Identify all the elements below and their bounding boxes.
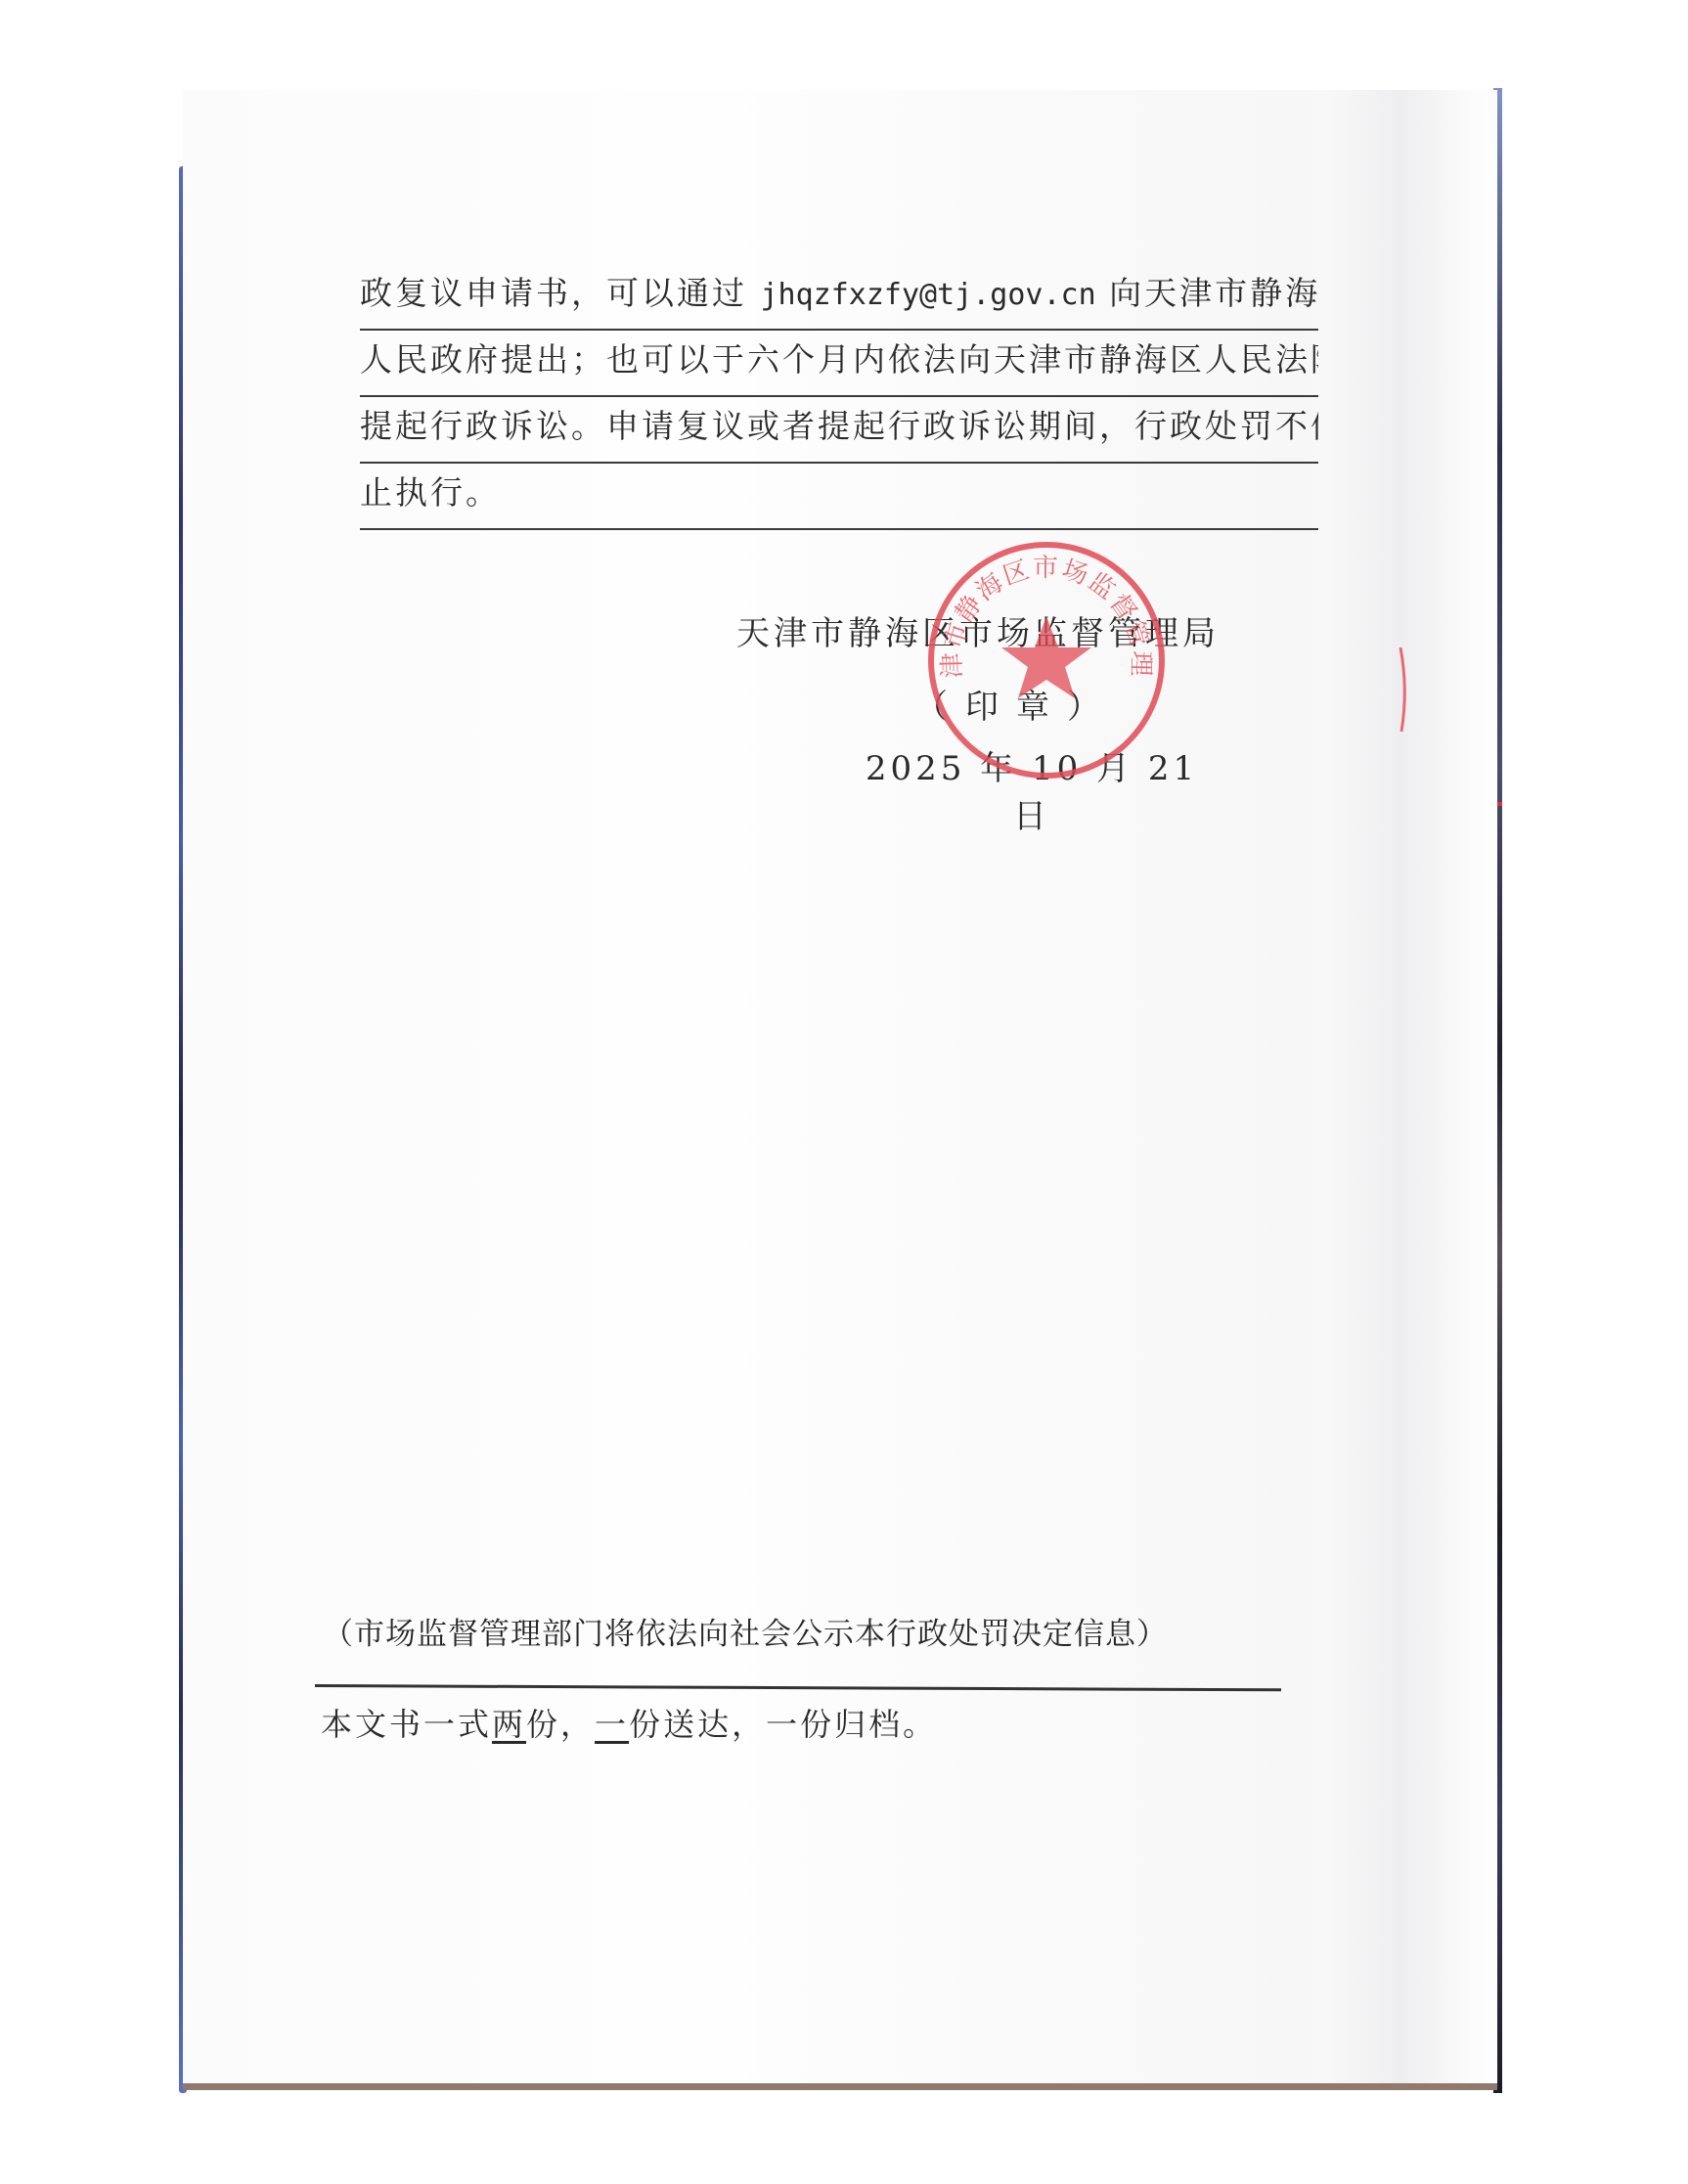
- email-address[interactable]: jhqzfxzfy@tj.gov.cn: [761, 278, 1096, 312]
- appeal-rights-paragraph: 政复议申请书，可以通过 jhqzfxzfy@tj.gov.cn 向天津市静海区 …: [360, 264, 1318, 530]
- paragraph-line: 政复议申请书，可以通过 jhqzfxzfy@tj.gov.cn 向天津市静海区: [360, 264, 1318, 331]
- copies-note: 本文书一式两份，一份送达，一份归档。: [321, 1700, 1005, 1745]
- paragraph-line: 止执行。: [360, 464, 1318, 530]
- paragraph-line: 提起行政诉讼。申请复议或者提起行政诉讼期间，行政处罚不停: [360, 397, 1318, 464]
- official-seal-icon: 天津市静海区市场监督管理局: [924, 538, 1169, 782]
- disclosure-notice: （市场监督管理部门将依法向社会公示本行政处罚决定信息）: [323, 1609, 1203, 1653]
- paragraph-line: 人民政府提出；也可以于六个月内依法向天津市静海区人民法院: [360, 331, 1318, 397]
- seal-edge-mark-icon: [1399, 646, 1410, 734]
